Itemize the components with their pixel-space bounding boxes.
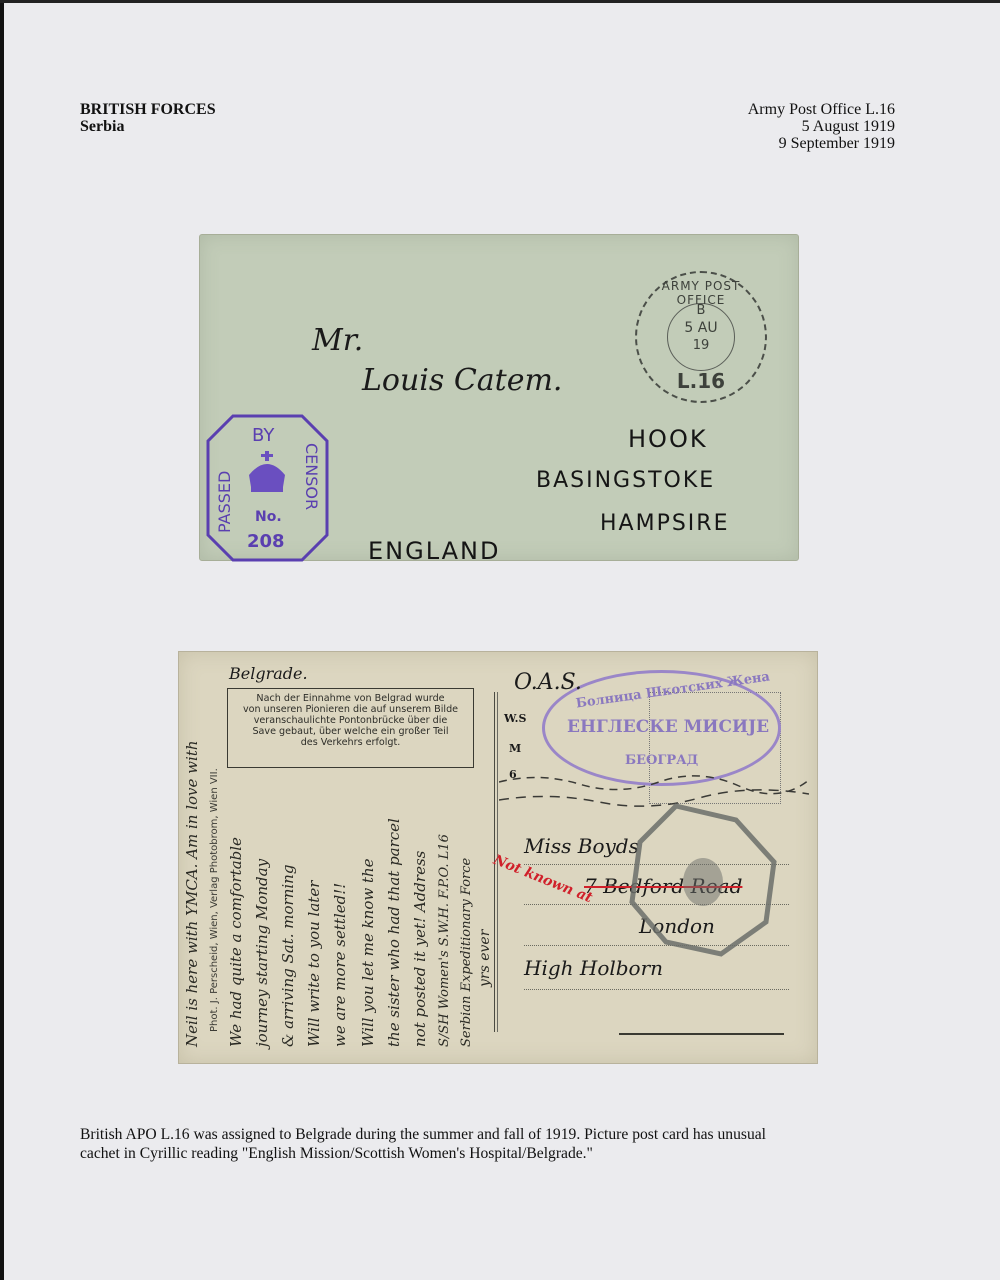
postmark-date: 5 AU bbox=[637, 320, 765, 336]
redirect-note: Not known at bbox=[491, 852, 595, 906]
addressee-title: Mr. bbox=[312, 323, 363, 358]
scan-edge-left bbox=[0, 0, 4, 1280]
censor-number: 208 bbox=[247, 531, 285, 552]
addressee-name: Louis Catem. bbox=[362, 363, 562, 398]
passed-by-censor-cachet: BY PASSED CENSOR No. 208 bbox=[205, 413, 330, 563]
scan-edge-top bbox=[0, 0, 1000, 3]
censor-left: PASSED bbox=[215, 471, 234, 533]
printed-caption: Nach der Einnahme von Belgrad wurde von … bbox=[227, 688, 474, 768]
message-line: Serbian Expeditionary Force bbox=[459, 858, 474, 1047]
marking-ws: W.S bbox=[504, 712, 526, 725]
place-header: Belgrade. bbox=[229, 664, 308, 683]
page-subtitle: Serbia bbox=[80, 118, 216, 135]
address-line-3: HAMPSIRE bbox=[600, 511, 729, 536]
crown-icon bbox=[249, 451, 285, 492]
caption-line: veranschaulichte Pontonbrücke über die bbox=[228, 715, 473, 726]
marking-m: M bbox=[509, 742, 521, 755]
message-signoff: yrs ever bbox=[477, 930, 493, 987]
header-office: Army Post Office L.16 bbox=[748, 101, 895, 118]
cachet-middle-text: ЕНГЛЕСКЕ МИСИЈЕ bbox=[567, 717, 769, 737]
message-line: We had quite a comfortable bbox=[227, 837, 245, 1047]
message-line: S/SH Women's S.W.H. F.P.O. L16 bbox=[437, 834, 452, 1047]
grey-censor-hexagon bbox=[626, 802, 781, 962]
address-line bbox=[524, 989, 789, 990]
message-line: the sister who had that parcel bbox=[385, 818, 403, 1047]
picture-postcard-back: Belgrade. Nach der Einnahme von Belgrad … bbox=[178, 651, 818, 1064]
message-line: journey starting Monday bbox=[253, 859, 271, 1047]
army-post-office-postmark: ARMY POST OFFICE B 5 AU 19 L.16 bbox=[635, 271, 767, 403]
postmark-code: B bbox=[637, 303, 765, 318]
marking-oas: O.A.S. bbox=[514, 670, 582, 695]
message-line: we are more settled!! bbox=[331, 883, 349, 1047]
message-line: Will you let me know the bbox=[359, 858, 377, 1047]
caption-line: des Verkehrs erfolgt. bbox=[228, 737, 473, 748]
cachet-bottom-text: БЕОГРАД bbox=[625, 753, 698, 768]
censor-top: BY bbox=[252, 425, 274, 446]
envelope-cover: Mr. Louis Catem. HOOK BASINGSTOKE HAMPSI… bbox=[199, 234, 799, 561]
address-line-1: HOOK bbox=[628, 425, 708, 453]
bottom-rule bbox=[619, 1033, 784, 1035]
censor-right: CENSOR bbox=[302, 443, 321, 510]
page-header-right: Army Post Office L.16 5 August 1919 9 Se… bbox=[748, 101, 895, 152]
caption-line: von unseren Pionieren die auf unserem Bi… bbox=[228, 704, 473, 715]
margin-note: Neil is here with YMCA. Am in love with bbox=[183, 740, 201, 1047]
message-line: Will write to you later bbox=[305, 881, 323, 1047]
description-line-2: cachet in Cyrillic reading "English Miss… bbox=[80, 1144, 940, 1163]
message-line: not posted it yet! Address bbox=[411, 851, 429, 1047]
caption-line: Save gebaut, über welche ein großer Teil bbox=[228, 726, 473, 737]
publisher-line: Phot. J. Perscheid, Wien, Verlag Photobr… bbox=[209, 768, 220, 1032]
page-header-left: BRITISH FORCES Serbia bbox=[80, 101, 216, 135]
censor-label: No. bbox=[255, 509, 282, 525]
postmark-year: 19 bbox=[637, 338, 765, 353]
message-line: & arriving Sat. morning bbox=[279, 865, 297, 1047]
address-line-2: BASINGSTOKE bbox=[536, 468, 715, 493]
caption-line: Nach der Einnahme von Belgrad wurde bbox=[228, 693, 473, 704]
description-line-1: British APO L.16 was assigned to Belgrad… bbox=[80, 1125, 940, 1144]
address-country: ENGLAND bbox=[368, 537, 501, 565]
header-date-2: 9 September 1919 bbox=[748, 135, 895, 152]
exhibit-description: British APO L.16 was assigned to Belgrad… bbox=[80, 1125, 940, 1163]
header-date-1: 5 August 1919 bbox=[748, 118, 895, 135]
postmark-office: L.16 bbox=[637, 369, 765, 393]
postcard-addressee: Miss Boyds bbox=[524, 834, 639, 858]
cachet-top-text: Болница Шкотских Жена bbox=[575, 669, 771, 711]
page-title: BRITISH FORCES bbox=[80, 101, 216, 118]
